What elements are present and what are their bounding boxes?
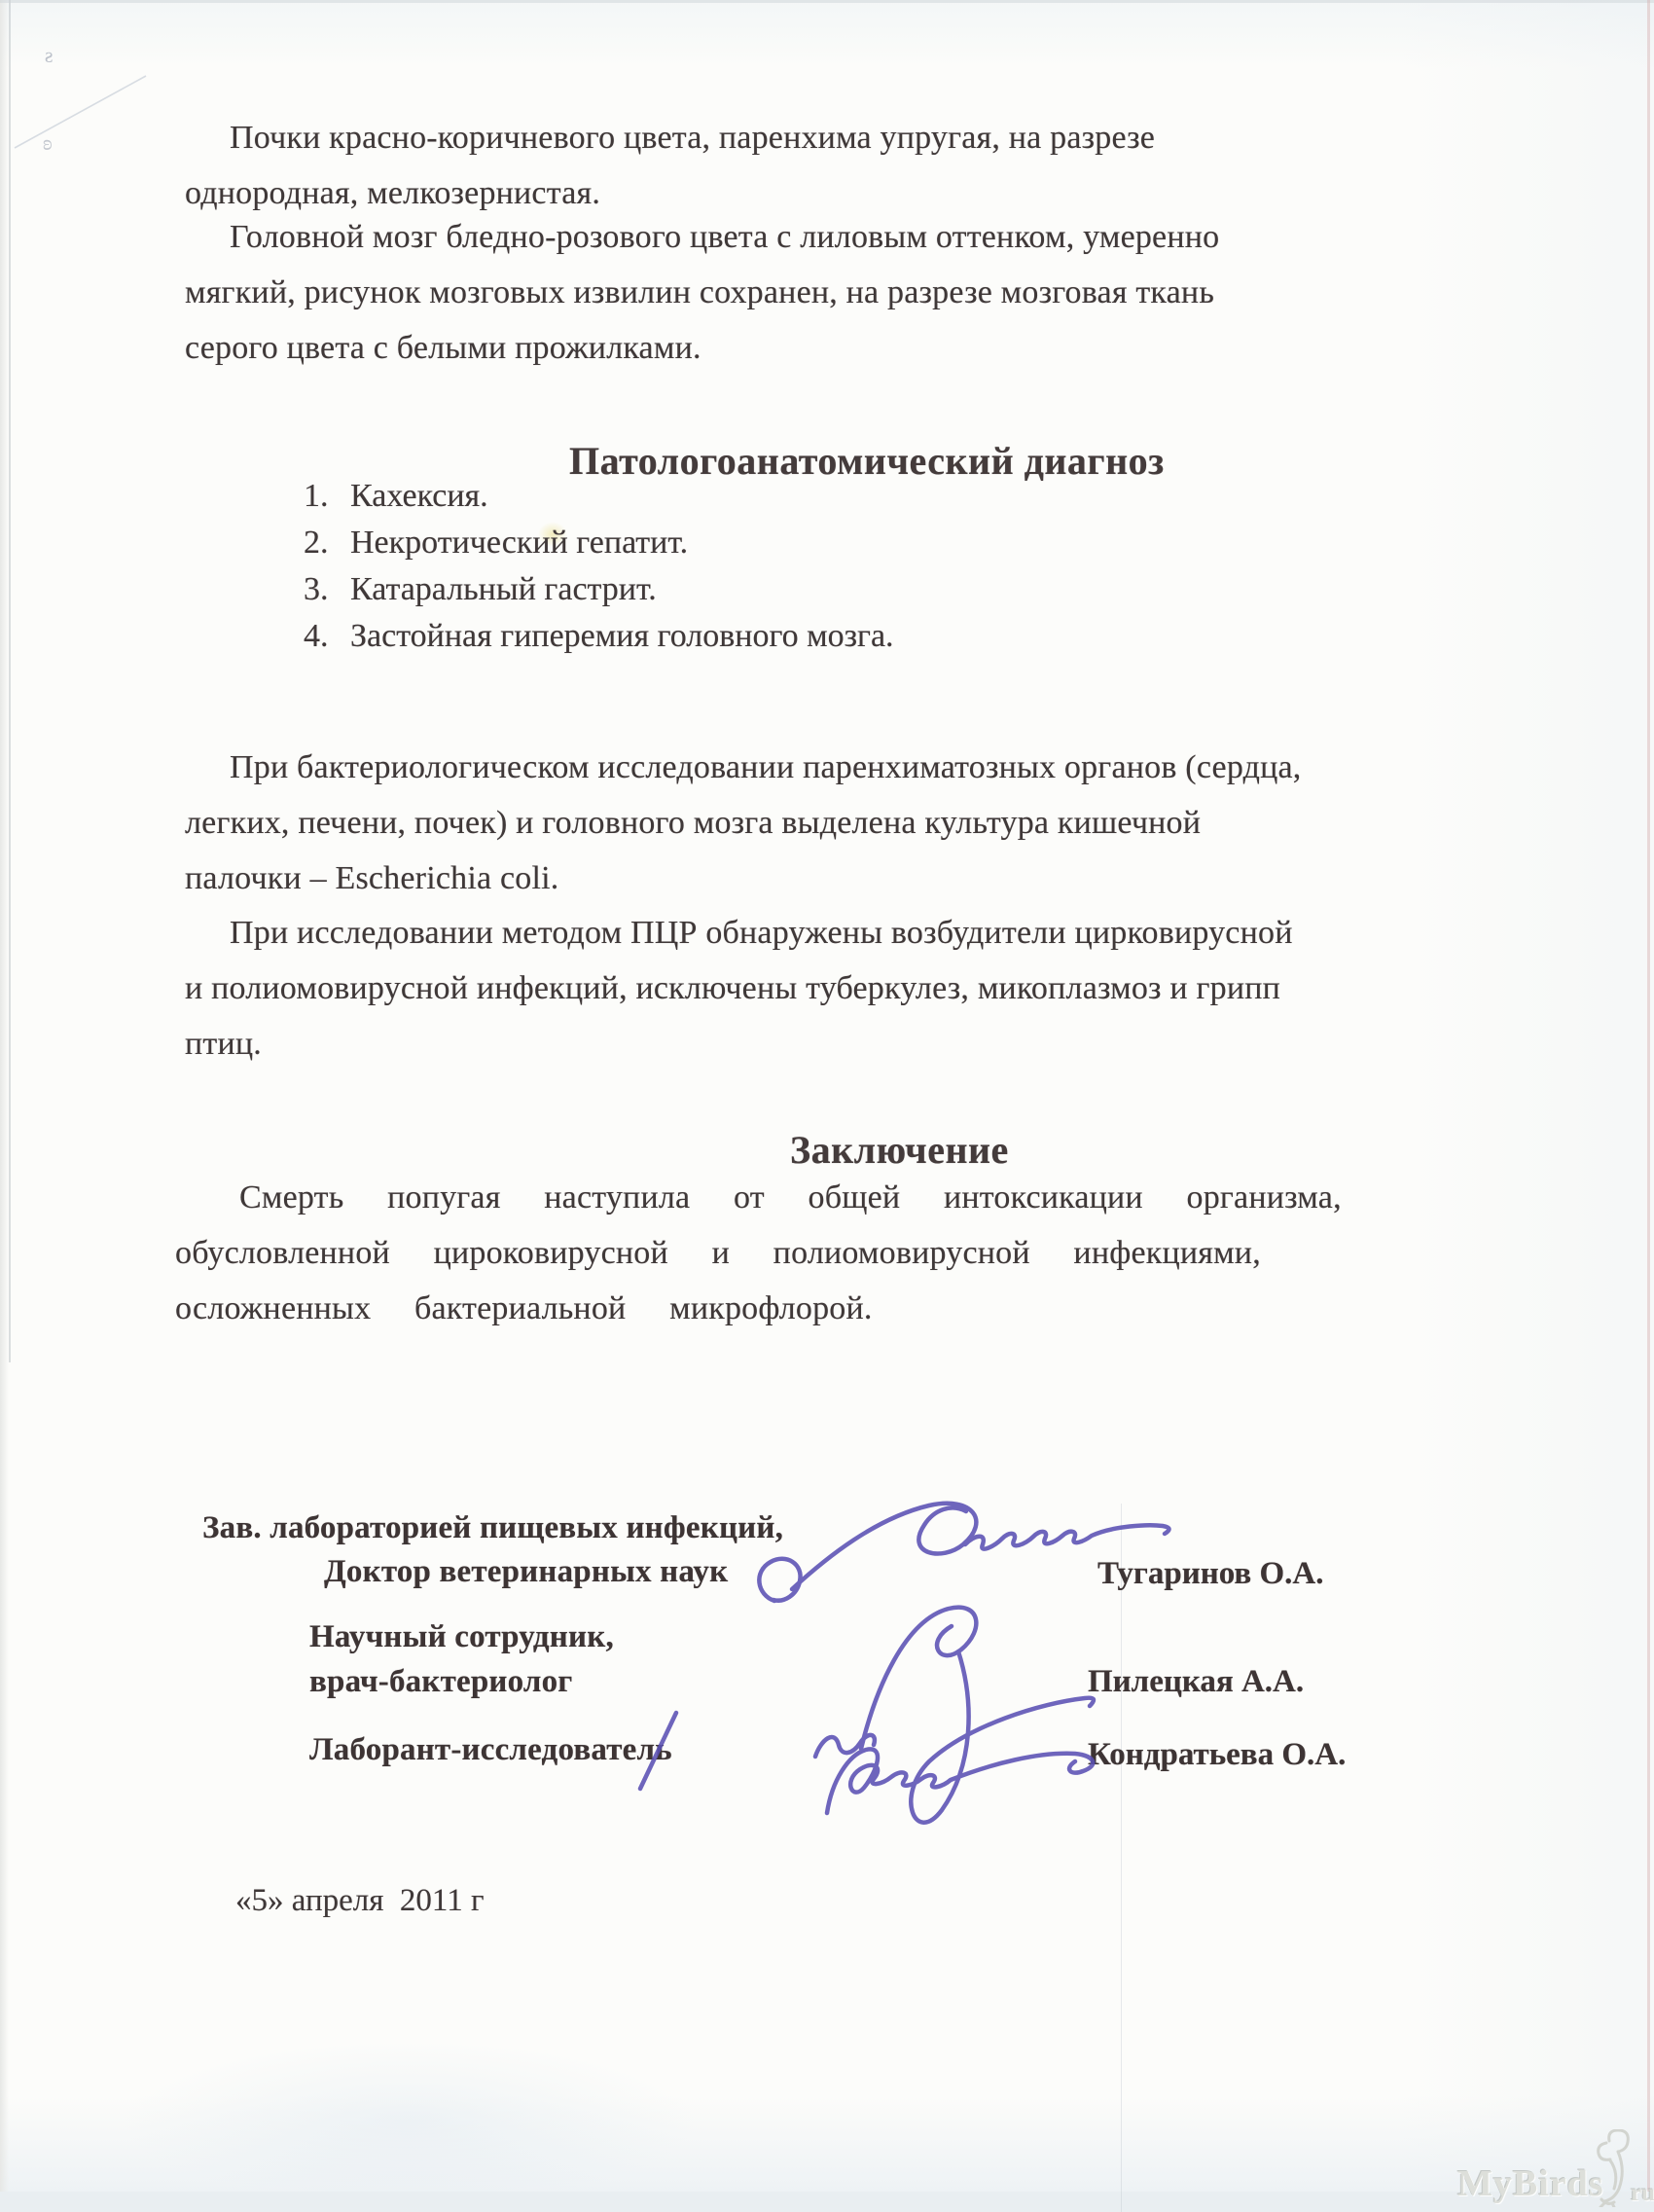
document-date: «5» апреля 2011 г [235, 1883, 484, 1919]
diagnosis-item-text: Некротический гепатит. [350, 520, 688, 566]
signature-tugarinov [759, 1504, 1169, 1601]
scan-top-edge-line [0, 0, 1654, 3]
diagnosis-item: 2. Некротический гепатит. [304, 520, 1374, 566]
parrot-logo-icon [1576, 2129, 1633, 2207]
diagnosis-list: 1. Кахексия. 2. Некротический гепатит. 3… [304, 473, 1374, 660]
diagnosis-item: 4. Застойная гиперемия головного мозга. [304, 613, 1374, 660]
watermark: MyBirds ru [1457, 2129, 1652, 2207]
signatory-2-title-line2: врач-бактериолог [309, 1664, 572, 1700]
diagnosis-item-text: Кахексия. [350, 473, 488, 520]
diagnosis-item: 1. Кахексия. [304, 473, 1374, 520]
paper-crease-line [10, 68, 151, 156]
scan-smudge-mark: ʚ [43, 130, 53, 156]
paragraph-bacteriology: При бактериологическом исследовании паре… [185, 740, 1469, 906]
diagnosis-item-text: Застойная гиперемия головного мозга. [350, 613, 894, 660]
scan-left-edge [0, 0, 9, 2212]
diagnosis-item-number: 2. [304, 520, 350, 566]
scan-left-edge-line [9, 0, 11, 1362]
paragraph-brain: Головной мозг бледно-розового цвета с ли… [185, 209, 1450, 376]
diagnosis-item-number: 1. [304, 473, 350, 520]
paragraph-kidneys: Почки красно-коричневого цвета, паренхим… [185, 110, 1450, 221]
diagnosis-item-text: Катаральный гастрит. [350, 566, 657, 613]
diagnosis-item-number: 3. [304, 566, 350, 613]
handwritten-signatures-ink [584, 1474, 1226, 1864]
watermark-tld-text: ru [1631, 2180, 1654, 2207]
diagnosis-item: 3. Катаральный гастрит. [304, 566, 1374, 613]
scan-right-edge-line [1647, 0, 1650, 2212]
signatory-2-title-line1: Научный сотрудник, [309, 1619, 614, 1655]
scan-bottom-shadow [0, 2192, 1654, 2212]
paragraph-conclusion: Смерть попугая наступила от общей интокс… [175, 1170, 1479, 1336]
scan-smudge-mark: ƨ [45, 43, 54, 68]
diagnosis-item-number: 4. [304, 613, 350, 660]
scanned-document-page: ƨ ʚ Почки красно-коричневого цвета, паре… [0, 0, 1654, 2212]
conclusion-heading: Заключение [790, 1127, 1009, 1173]
paragraph-pcr: При исследовании методом ПЦР обнаружены … [185, 905, 1469, 1071]
